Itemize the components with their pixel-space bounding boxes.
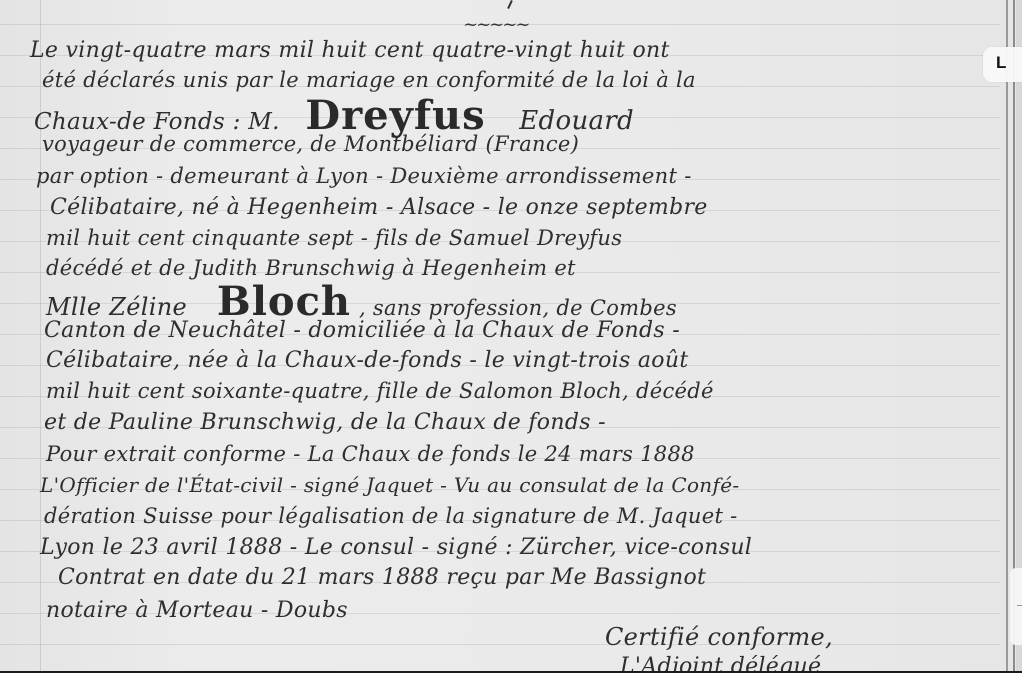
text-line-4: voyageur de commerce, de Montbéliard (Fr… xyxy=(42,134,579,155)
text-line-18: Contrat en date du 21 mars 1888 reçu par… xyxy=(58,567,706,589)
text-line-15: L'Officier de l'État-civil - signé Jaque… xyxy=(40,475,739,495)
scanned-register-page: ~~~~~ Le vingt-quatre mars mil huit cent… xyxy=(0,0,1022,671)
text-line-17: Lyon le 23 avril 1888 - Le consul - sign… xyxy=(40,537,752,559)
text-line-2: été déclarés unis par le mariage en conf… xyxy=(42,70,696,91)
text-line-16: dération Suisse pour légalisation de la … xyxy=(44,506,738,527)
floating-panel-top-right[interactable]: L xyxy=(983,47,1022,82)
floating-panel-bottom-right[interactable] xyxy=(1010,568,1022,645)
certification-line: Certifié conforme, xyxy=(605,625,833,649)
line9-prefix: Mlle Zéline xyxy=(46,293,187,321)
text-line-7: mil huit cent cinquante sept - fils de S… xyxy=(46,228,622,249)
text-line-9: Mlle Zéline Bloch , sans profession, de … xyxy=(46,282,677,322)
corner-bracket-icon[interactable]: L xyxy=(996,53,1006,73)
text-line-11: Célibataire, née à la Chaux-de-fonds - l… xyxy=(46,350,688,372)
header-flourish: ~~~~~ xyxy=(463,14,528,35)
text-line-6: Célibataire, né à Hegenheim - Alsace - l… xyxy=(50,197,708,219)
text-line-1: Le vingt-quatre mars mil huit cent quatr… xyxy=(30,40,670,62)
text-line-14: Pour extrait conforme - La Chaux de fond… xyxy=(46,444,695,465)
bottom-edge-bar xyxy=(0,671,1022,682)
signatory-line: L'Adjoint délégué xyxy=(620,656,821,671)
text-line-3: Chaux-de Fonds : M. Dreyfus Edouard xyxy=(34,96,634,136)
text-line-10: Canton de Neuchâtel - domiciliée à la Ch… xyxy=(44,320,680,342)
text-line-19: notaire à Morteau - Doubs xyxy=(46,600,348,622)
text-line-12: mil huit cent soixante-quatre, fille de … xyxy=(46,381,714,402)
text-line-5: par option - demeurant à Lyon - Deuxième… xyxy=(36,166,692,187)
text-line-13: et de Pauline Brunschwig, de la Chaux de… xyxy=(44,412,606,434)
binding-line-left xyxy=(1006,0,1008,671)
bride-after-name: , sans profession, de Combes xyxy=(359,296,677,320)
minus-icon[interactable] xyxy=(1017,605,1022,606)
text-line-8: décédé et de Judith Brunschwig à Hegenhe… xyxy=(46,258,576,279)
